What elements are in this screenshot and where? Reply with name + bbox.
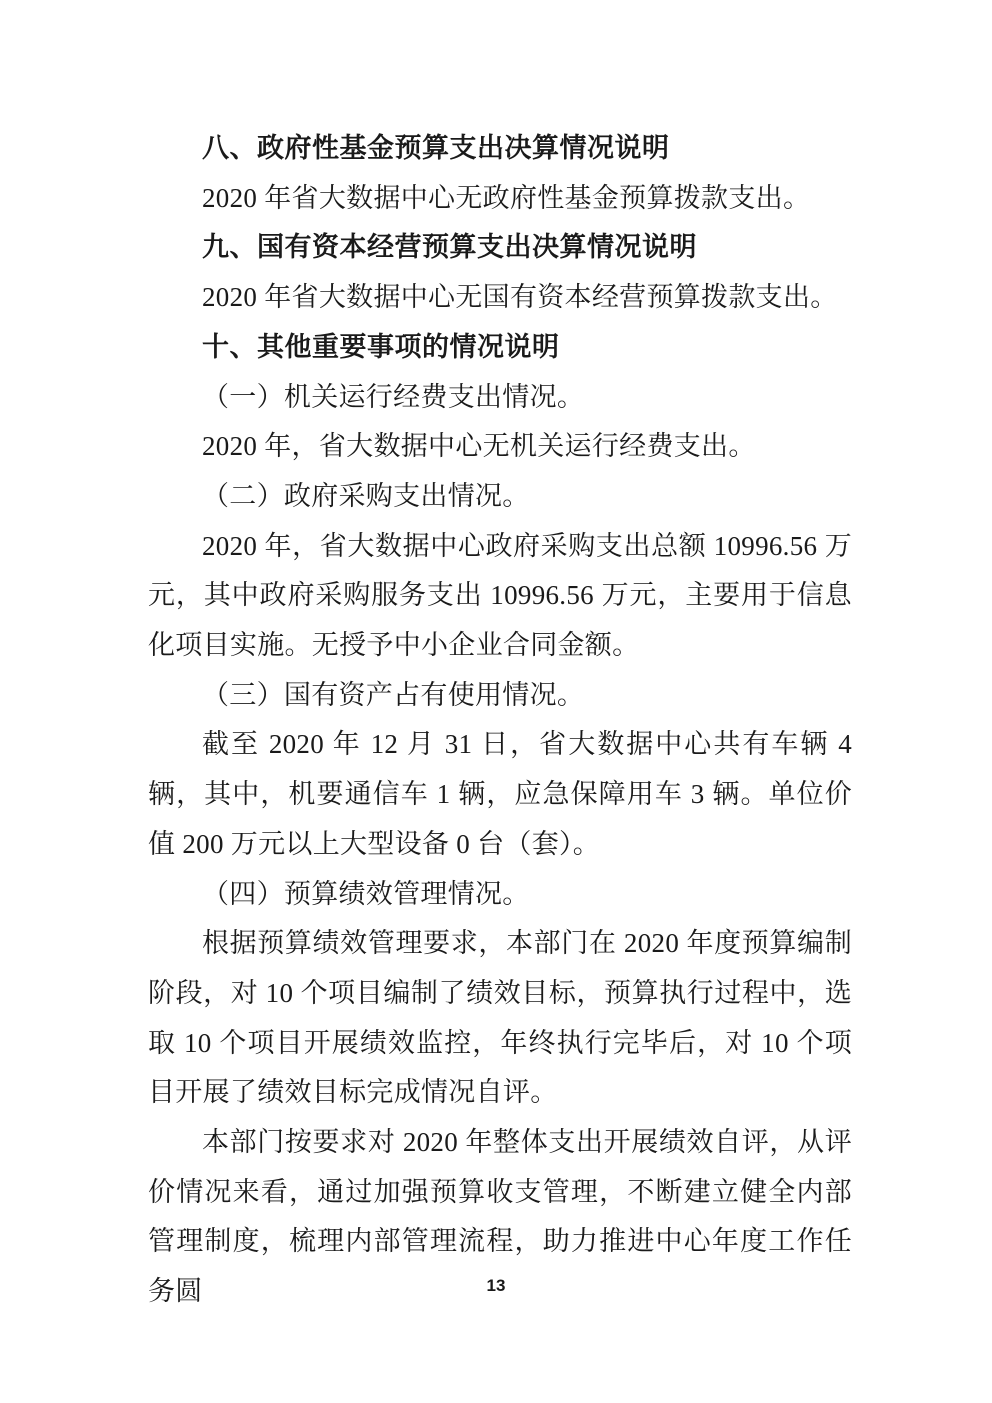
section-heading-10: 十、其他重要事项的情况说明	[148, 323, 852, 373]
subsection-title: （三）国有资产占有使用情况。	[148, 671, 852, 721]
paragraph: 截至 2020 年 12 月 31 日，省大数据中心共有车辆 4 辆，其中，机要…	[148, 720, 852, 869]
subsection-title: （四）预算绩效管理情况。	[148, 870, 852, 920]
page-number: 13	[0, 1276, 992, 1296]
subsection-title: （二）政府采购支出情况。	[148, 472, 852, 522]
document-page: 八、政府性基金预算支出决算情况说明 2020 年省大数据中心无政府性基金预算拨款…	[0, 0, 992, 1403]
section-heading-8: 八、政府性基金预算支出决算情况说明	[148, 124, 852, 174]
paragraph: 2020 年省大数据中心无国有资本经营预算拨款支出。	[148, 273, 852, 323]
paragraph: 2020 年，省大数据中心无机关运行经费支出。	[148, 422, 852, 472]
document-body: 八、政府性基金预算支出决算情况说明 2020 年省大数据中心无政府性基金预算拨款…	[148, 124, 852, 1317]
subsection-title: （一）机关运行经费支出情况。	[148, 373, 852, 423]
paragraph: 2020 年省大数据中心无政府性基金预算拨款支出。	[148, 174, 852, 224]
paragraph: 2020 年，省大数据中心政府采购支出总额 10996.56 万元，其中政府采购…	[148, 522, 852, 671]
section-heading-9: 九、国有资本经营预算支出决算情况说明	[148, 223, 852, 273]
paragraph: 根据预算绩效管理要求，本部门在 2020 年度预算编制阶段，对 10 个项目编制…	[148, 919, 852, 1118]
